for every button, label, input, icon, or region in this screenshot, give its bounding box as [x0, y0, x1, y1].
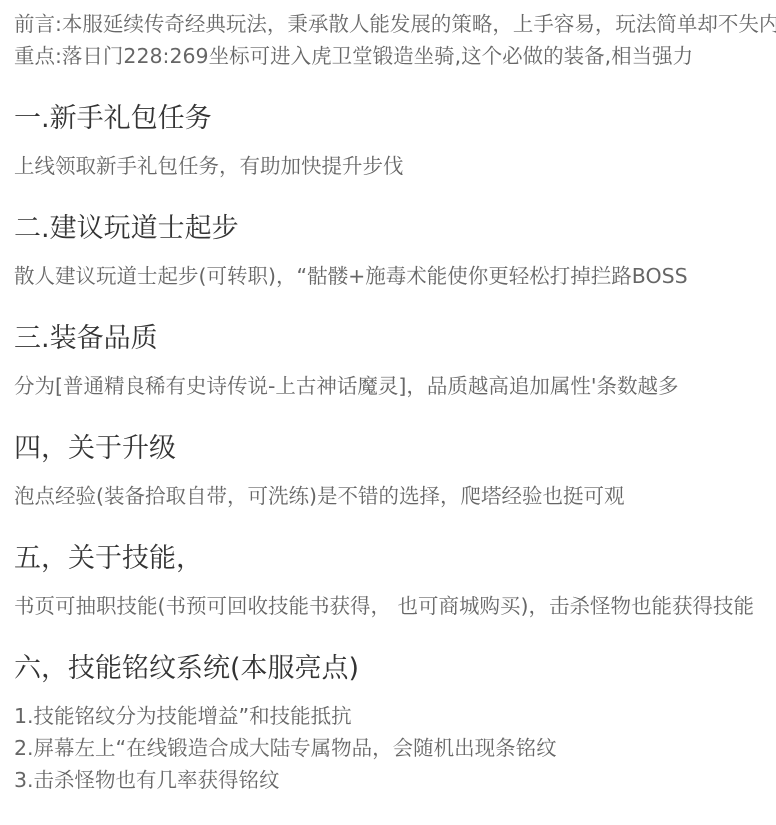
- section-1-text: 上线领取新手礼包任务，有助加快提升步伐: [14, 150, 776, 182]
- section-3-heading: 三.装备品质: [14, 322, 776, 356]
- section-2-text: 散人建议玩道士起步(可转职)，“骷髅+施毒术能使你更轻松打掉拦路BOSS: [14, 260, 776, 292]
- section-5-text: 书页可抽职技能(书预可回收技能书获得， 也可商城购买)，击杀怪物也能获得技能: [14, 590, 776, 622]
- section-4-text: 泡点经验(装备拾取自带，可洗练)是不错的选择，爬塔经验也挺可观: [14, 480, 776, 512]
- section-6-list-item-2: 2.屏幕左上“在线锻造合成大陆专属物品，会随机出现条铭纹: [14, 732, 776, 764]
- section-2-heading: 二.建议玩道士起步: [14, 212, 776, 246]
- section-5-heading: 五，关于技能，: [14, 542, 776, 576]
- section-6-list-item-1: 1.技能铭纹分为技能增益”和技能抵抗: [14, 700, 776, 732]
- section-1-heading: 一.新手礼包任务: [14, 102, 776, 136]
- intro-line-keypoint: 重点:落日门228:269坐标可进入虎卫堂锻造坐骑,这个必做的装备,相当强力: [14, 40, 776, 72]
- section-3-text: 分为[普通精良稀有史诗传说-上古神话魔灵]，品质越高追加属性'条数越多: [14, 370, 776, 402]
- section-4-heading: 四，关于升级: [14, 432, 776, 466]
- article-page: 前言:本服延续传奇经典玩法，秉承散人能发展的策略，上手容易，玩法简单却不失内 重…: [0, 0, 776, 825]
- section-6-heading: 六，技能铭纹系统(本服亮点): [14, 652, 776, 686]
- intro-line-preface: 前言:本服延续传奇经典玩法，秉承散人能发展的策略，上手容易，玩法简单却不失内: [14, 8, 776, 40]
- section-6-list-item-3: 3.击杀怪物也有几率获得铭纹: [14, 764, 776, 796]
